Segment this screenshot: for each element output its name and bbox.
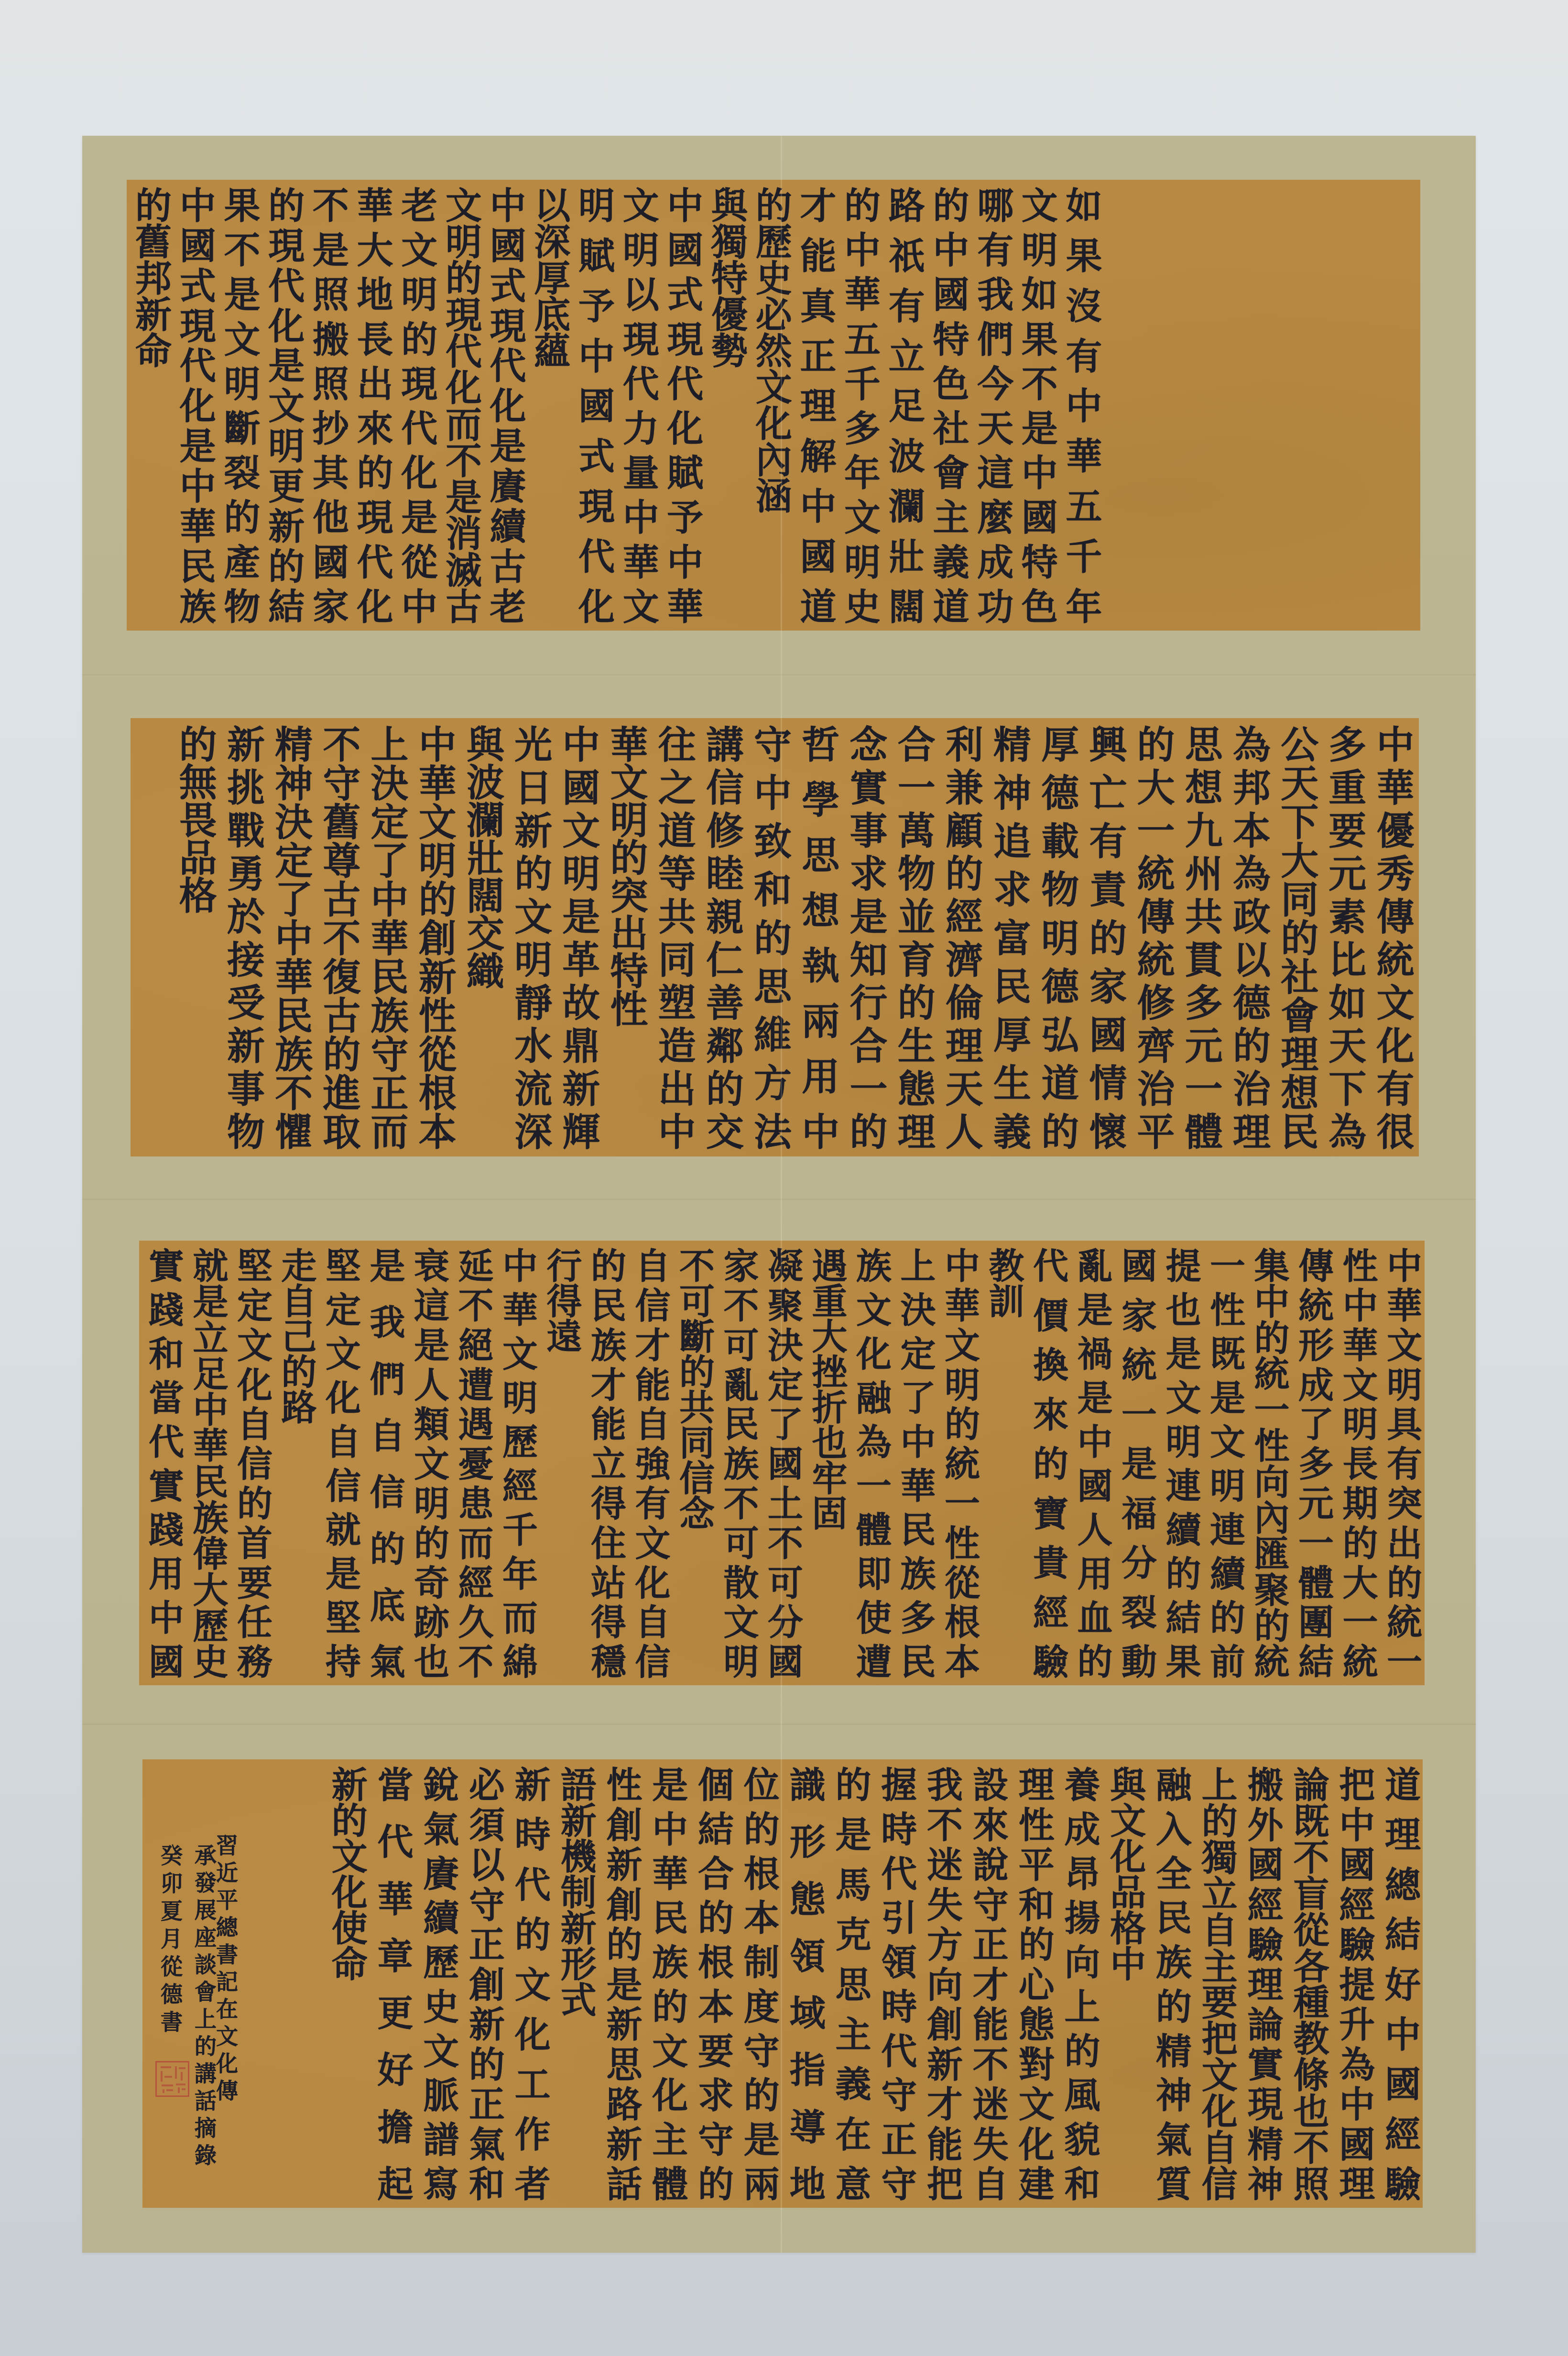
text-column: 果不是文明斷裂的產物: [217, 186, 261, 624]
text-column: 中華文明歷經千年而綿: [495, 1247, 540, 1679]
text-column: 一性既是文明連續的前: [1203, 1247, 1247, 1679]
text-column: 中華文明具有突出的統一: [1380, 1247, 1424, 1679]
text-column: 性創新創的是新思路新話: [599, 1766, 644, 2201]
text-column: 個結合的根本要求守的: [690, 1766, 736, 2201]
text-column: 華文明的突出特性: [602, 725, 650, 1150]
text-column: 走自己的路: [274, 1247, 318, 1679]
text-column: 華大地長出來的現代化: [349, 186, 394, 624]
text-column: 搬外國經驗理論實現精神: [1240, 1766, 1285, 2201]
text-column: 堅定文化自信就是堅持: [318, 1247, 363, 1679]
calligraphy-panel-4: 道理總結好中國經驗 把中國經驗提升為中國理 論既不盲從各種教條也不照 搬外國經驗…: [142, 1759, 1423, 2208]
text-column: 當代華章更好擔起: [370, 1766, 415, 2201]
text-column: 亂是禍是中國人用血的: [1070, 1247, 1114, 1679]
text-column: 位的根本制度守的是兩: [736, 1766, 782, 2201]
text-column: 路祇有立足波瀾壯闊: [882, 186, 926, 624]
text-column: 與文化品格中: [1102, 1766, 1148, 2201]
text-column: 的無畏品格: [171, 725, 218, 1150]
text-column: 文明如果不是中國特色: [1014, 186, 1059, 624]
text-column: 的歷史必然文化內涵: [749, 186, 793, 624]
text-column: 與獨特優勢: [704, 186, 749, 624]
text-column: 中國式現代化是賡續古老: [482, 186, 527, 624]
text-column: 中華文明的創新性從根本: [410, 725, 458, 1150]
text-column: 念實事求是知行合一的: [841, 725, 889, 1150]
text-column: 才能真正理解中國道: [793, 186, 837, 624]
text-column: 我不迷失方向創新才能把: [919, 1766, 965, 2201]
text-column: 族文化融為一體即使遭: [849, 1247, 893, 1679]
text-column: 文明以現代力量中華文: [615, 186, 660, 624]
text-column: 新挑戰勇於接受新事物: [218, 725, 266, 1150]
text-column: 握時代引領時代守正守: [873, 1766, 919, 2201]
text-column: 如果沒有中華五千年: [1058, 186, 1103, 624]
text-column: 就是立足中華民族偉大歷史: [185, 1247, 230, 1679]
text-column: 上決定了中華民族守正而: [362, 725, 410, 1150]
calligraphy-panel-2: 中華優秀傳統文化有很 多重要元素比如天下為 公天下大同的社會理想民 為邦本為政以…: [131, 718, 1419, 1156]
text-column: 守中致和的思維方法: [745, 725, 793, 1150]
text-column: 精神追求富民厚生義: [985, 725, 1033, 1150]
text-column: 性中華文明長期的大一統: [1335, 1247, 1380, 1679]
text-column: 中華優秀傳統文化有很: [1368, 725, 1416, 1150]
text-column: 延不絕遭遇憂患而經久不: [451, 1247, 495, 1679]
text-column: 中國文明是革故鼎新輝: [554, 725, 602, 1150]
text-column: 道理總結好中國經驗: [1377, 1766, 1423, 2201]
text-column: 論既不盲從各種教條也不照: [1285, 1766, 1331, 2201]
text-column: 的大一統傳統修齊治平: [1129, 725, 1176, 1150]
text-column: 集中的統一性向內匯聚的統: [1247, 1247, 1291, 1679]
text-column: 是中華民族的文化主體: [644, 1766, 690, 2201]
text-column: 把中國經驗提升為中國理: [1331, 1766, 1377, 2201]
text-column: 的民族才能立得住站得穩: [584, 1247, 628, 1679]
text-column: 中國式現代化賦予中華: [660, 186, 704, 624]
inscription-column: 習近平總書記在文化傳: [214, 1834, 238, 2106]
text-column: 的舊邦新命: [128, 186, 173, 624]
text-column: 興亡有責的家國情懷: [1081, 725, 1129, 1150]
text-column: 中華文明的統一性從根本: [937, 1247, 982, 1679]
text-column: 遇重大挫折也牢固: [805, 1247, 849, 1679]
text-column: 識形態領域指導地: [782, 1766, 828, 2201]
text-column: 合一萬物並育的生態理: [889, 725, 937, 1150]
text-column: 自信才能自強有文化自信: [628, 1247, 672, 1679]
text-column: 上決定了中華民族多民: [893, 1247, 937, 1679]
text-column: 傳統形成了多元一體團結: [1291, 1247, 1336, 1679]
mount-fold-line: [82, 674, 1476, 676]
text-column: 利兼顧的經濟倫理天人: [937, 725, 985, 1150]
text-column: 必須以守正創新的正氣和: [461, 1766, 507, 2201]
calligraphy-panel-1: 如果沒有中華五千年 文明如果不是中國特色 哪有我們今天這麼成功 的中國特色社會主…: [127, 180, 1420, 631]
text-column: 語新機制新形式: [553, 1766, 599, 2201]
text-column: 哪有我們今天這麼成功: [970, 186, 1014, 624]
text-column: 的是馬克思主義在意: [828, 1766, 873, 2201]
text-column: 提也是文明連續的結果: [1158, 1247, 1203, 1679]
text-column: 的現代化是文明更新的結: [261, 186, 305, 624]
signature-date-column: 癸卯夏月從德書: [158, 1844, 182, 2038]
text-column: 為邦本為政以德的治理: [1224, 725, 1272, 1150]
panel-4-text: 道理總結好中國經驗 把中國經驗提升為中國理 論既不盲從各種教條也不照 搬外國經驗…: [142, 1766, 1423, 2201]
text-column: 設來說守正才能不迷失自: [965, 1766, 1011, 2201]
text-column: 文明的現代化而不是消滅古: [438, 186, 483, 624]
text-column: 國家統一是福分裂動: [1114, 1247, 1159, 1679]
text-column: 家不可亂民族不可散文明: [716, 1247, 761, 1679]
text-column: 講信修睦親仁善鄰的交: [697, 725, 745, 1150]
text-column: 不是照搬照抄其他國家: [305, 186, 350, 624]
text-column: 老文明的現代化是從中: [394, 186, 438, 624]
text-column: 衰這是人類文明的奇跡也: [407, 1247, 451, 1679]
text-column: 理性平和的心態對文化建: [1011, 1766, 1056, 2201]
panel-2-text: 中華優秀傳統文化有很 多重要元素比如天下為 公天下大同的社會理想民 為邦本為政以…: [131, 725, 1419, 1150]
text-column: 光日新的文明靜水流深: [506, 725, 554, 1150]
panel-1-text: 如果沒有中華五千年 文明如果不是中國特色 哪有我們今天這麼成功 的中國特色社會主…: [127, 186, 1420, 624]
text-column: 代價換來的寶貴經驗: [1026, 1247, 1070, 1679]
text-column: 實踐和當代實踐用中國: [142, 1247, 186, 1679]
text-column: 公天下大同的社會理想民: [1272, 725, 1320, 1150]
text-column: 往之道等共同塑造出中: [650, 725, 697, 1150]
red-seal-icon: [155, 2061, 189, 2097]
text-column: 養成昂揚向上的風貌和: [1056, 1766, 1102, 2201]
text-column: 凝聚決定了國土不可分國: [761, 1247, 805, 1679]
text-column: 行得遠: [539, 1247, 584, 1679]
text-column: 堅定文化自信的首要任務: [230, 1247, 274, 1679]
text-column: 精神決定了中華民族不懼: [267, 725, 315, 1150]
text-column: 不守舊尊古不復古的進取: [315, 725, 362, 1150]
text-column: 思想九州共貫多元一體: [1176, 725, 1224, 1150]
text-column: 教訓: [981, 1247, 1026, 1679]
text-column: 以深厚底蘊: [527, 186, 571, 624]
text-column: 的中國特色社會主義道: [926, 186, 970, 624]
text-column: 融入全民族的精神氣質: [1148, 1766, 1194, 2201]
text-column: 是我們自信的底氣: [362, 1247, 407, 1679]
paper-seam-line: [781, 136, 782, 2253]
text-column: 上的獨立自主要把文化自信: [1194, 1766, 1240, 2201]
text-column: 的中華五千多年文明史: [837, 186, 882, 624]
mount-fold-line: [82, 1723, 1476, 1725]
text-column: 哲學思想執兩用中: [794, 725, 841, 1150]
inscription-column: 承發展座談會上的講話摘錄: [192, 1844, 216, 2171]
text-column: 厚德載物明德弘道的: [1033, 725, 1081, 1150]
text-column: 銳氣賡續歷史文脈譜寫: [415, 1766, 461, 2201]
text-column: 新的文化使命: [324, 1766, 370, 2201]
mount-fold-line: [82, 1199, 1476, 1200]
text-column: 新時代的文化工作者: [507, 1766, 553, 2201]
text-column: 不可斷的共同信念: [672, 1247, 717, 1679]
text-column: 與波瀾壯闊交織: [458, 725, 506, 1150]
text-column: 明賦予中國式現代化: [571, 186, 616, 624]
text-column: 多重要元素比如天下為: [1320, 725, 1368, 1150]
text-column: 中國式現代化是中華民族: [173, 186, 217, 624]
